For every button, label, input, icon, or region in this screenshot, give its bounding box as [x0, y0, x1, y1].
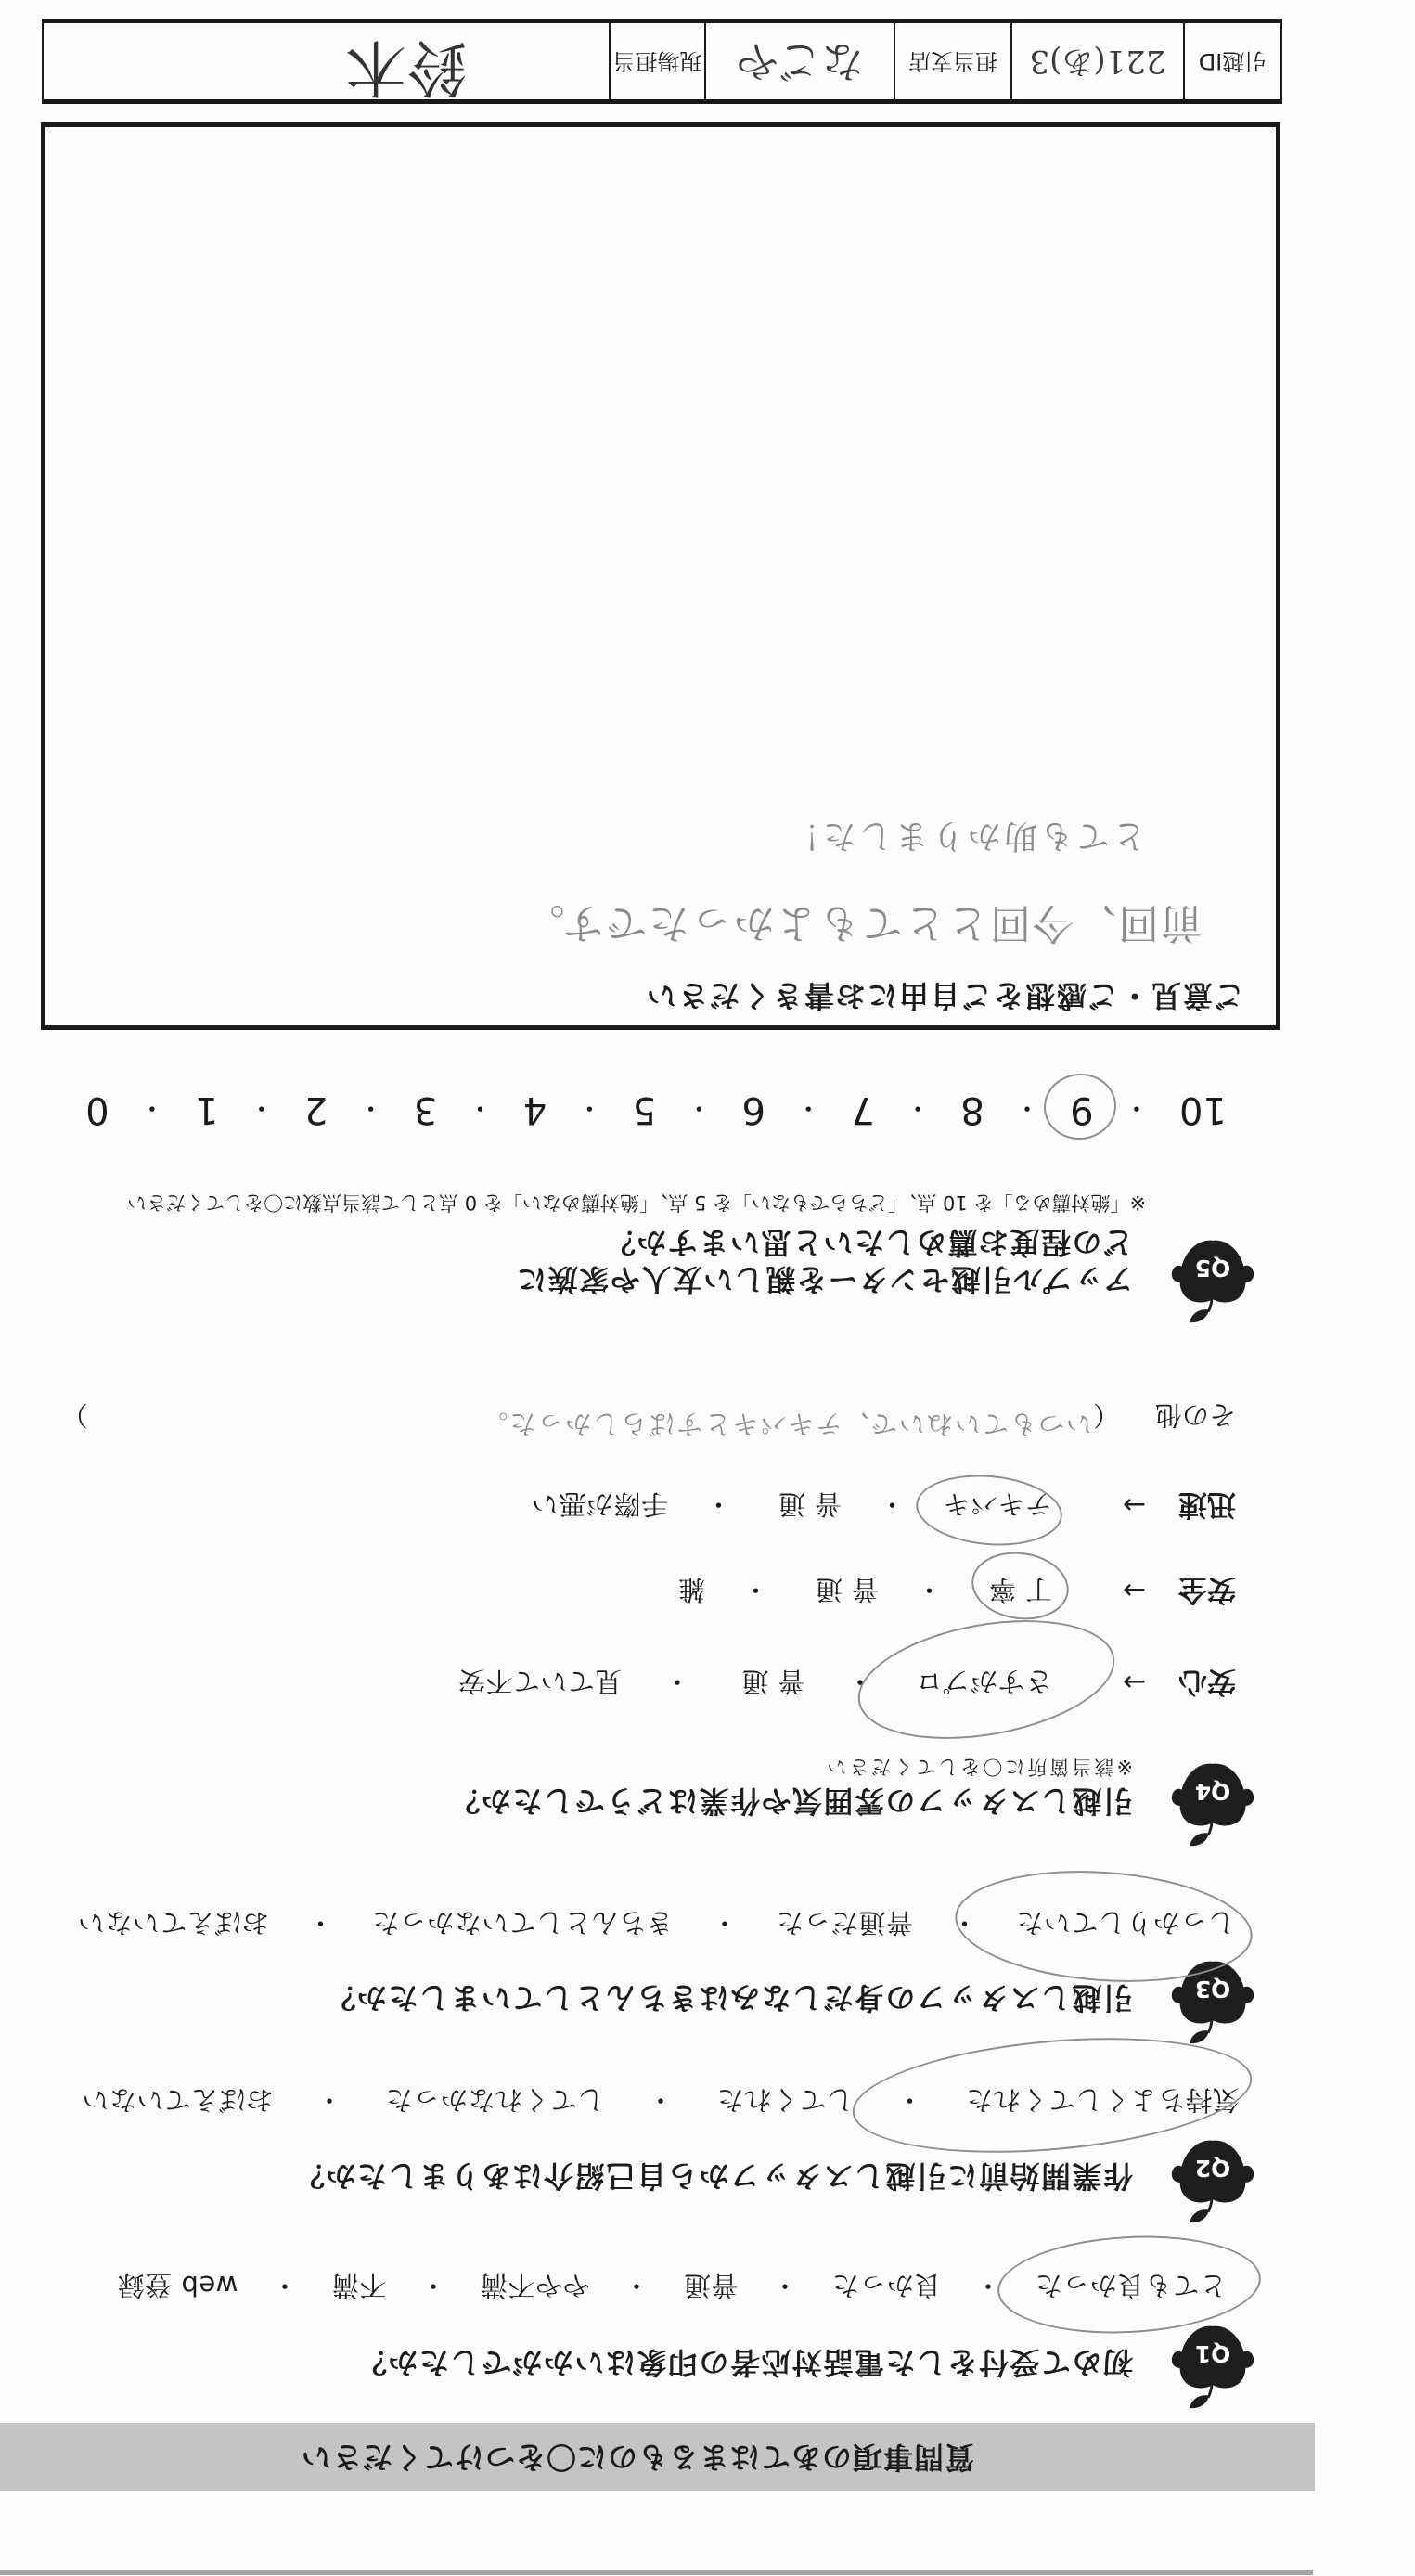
q3-badge-label: Q3 — [1195, 1976, 1231, 2003]
q2-question: 作業開始前に引越しスタッフから自己紹介はありましたか？ — [293, 2159, 1133, 2193]
separator-dot: ・ — [357, 1091, 384, 1129]
separator-dot: ・ — [705, 1488, 732, 1520]
separator-dot: ・ — [623, 2270, 650, 2301]
separator-dot: ・ — [795, 1091, 822, 1129]
comments-title: ご意見・ご感想をご自由にお書きください — [645, 979, 1244, 1012]
separator-dot: ・ — [879, 1488, 906, 1520]
q3-option: おぼえていない — [77, 1907, 269, 1938]
q1-option: やや不満 — [480, 2270, 589, 2301]
q2-option: おぼえていない — [82, 2084, 274, 2116]
q4-option: 普通 — [769, 1488, 842, 1520]
q1-question: 初めて受付をした電話対応者の印象はいかがでしたか？ — [355, 2346, 1133, 2379]
move-id-value-cell: 221(あ)3 — [1012, 23, 1185, 99]
separator-dot: ・ — [271, 2270, 298, 2301]
staff-signature: 鈴木 — [345, 27, 468, 107]
q4-other-close-paren: ） — [61, 1399, 88, 1431]
q1-option: 普通 — [683, 2270, 738, 2301]
q4-row-label-speed: 迅速 — [1178, 1488, 1236, 1520]
separator-dot: ・ — [315, 2084, 342, 2116]
q5-question-line-2: どの程度お薦めしたいと思いますか？ — [604, 1226, 1133, 1259]
branch-handwritten-value: なごや — [736, 35, 864, 87]
separator-dot: ・ — [307, 1907, 334, 1938]
q1-option: web 登録 — [117, 2270, 238, 2301]
score-option: 10 — [1179, 1089, 1227, 1130]
arrow-right-icon: → — [1123, 1488, 1146, 1520]
q2-option: してくれなかった — [385, 2084, 604, 2116]
record-info-table: 引越ID 221(あ)3 担当支店 なごや 現場担当 鈴木 — [42, 19, 1282, 104]
separator-dot: ・ — [419, 2270, 446, 2301]
q4-safety-pencil-circle-mark — [968, 1546, 1074, 1626]
q5-apple-badge-icon: Q5 — [1168, 1238, 1257, 1323]
scanned-survey-sheet: 質問事項のあてはまるものに〇をつけてください Q1 初めて受付をした電話対応者の… — [0, 0, 1415, 2576]
q4-option: 見ていて不安 — [457, 1666, 622, 1697]
separator-dot: ・ — [647, 2084, 674, 2116]
separator-dot: ・ — [905, 1091, 932, 1129]
q4-option: 普通 — [732, 1666, 804, 1697]
q4-speed-pencil-circle-mark — [913, 1469, 1065, 1551]
q5-pencil-circle-mark — [1041, 1070, 1120, 1143]
instruction-band-text: 質問事項のあてはまるものに〇をつけてください — [301, 2440, 974, 2475]
q1-option: 不満 — [331, 2270, 386, 2301]
q4-note: ※該当箇所に〇をしてください — [824, 1756, 1133, 1778]
q4-option: 手際が悪い — [531, 1488, 668, 1520]
staff-signature-cell: 鈴木 — [44, 23, 611, 99]
q4-option: 普通 — [806, 1574, 879, 1605]
q3-option: きちんとしていなかった — [372, 1907, 674, 1938]
score-option: 8 — [960, 1089, 984, 1130]
q4-row-label-relief: 安心 — [1178, 1666, 1236, 1697]
q2-apple-badge-icon: Q2 — [1168, 2138, 1257, 2223]
q3-option: 普通だった — [776, 1907, 913, 1938]
q4-relief-pencil-circle-mark — [849, 1603, 1125, 1758]
branch-label: 担当支店 — [908, 48, 997, 74]
score-option: 3 — [414, 1089, 437, 1130]
comments-handwritten-line-2: とても助かりました！ — [784, 814, 1146, 857]
score-option: 2 — [304, 1089, 328, 1130]
separator-dot: ・ — [742, 1574, 769, 1605]
score-option: 6 — [742, 1089, 765, 1130]
separator-dot: ・ — [1123, 1091, 1150, 1129]
separator-dot: ・ — [248, 1091, 275, 1129]
separator-dot: ・ — [663, 1666, 690, 1697]
move-id-label: 引越ID — [1199, 48, 1267, 74]
q5-badge-label: Q5 — [1195, 1255, 1231, 1282]
separator-dot: ・ — [771, 2270, 798, 2301]
branch-value-cell: なごや — [706, 23, 895, 99]
q4-other-handwritten-answer: いつもていねいで、テキパキとすばらしかった。 — [481, 1405, 1092, 1442]
staff-label-cell: 現場担当 — [611, 23, 706, 99]
q5-question-line-1: アップル引越センターを親しい友人や家族に — [516, 1263, 1133, 1296]
q1-badge-label: Q1 — [1195, 2340, 1231, 2367]
separator-dot: ・ — [686, 1091, 713, 1129]
staff-label: 現場担当 — [613, 48, 702, 74]
separator-dot: ・ — [1013, 1091, 1040, 1129]
separator-dot: ・ — [711, 1907, 738, 1938]
scan-edge-rule — [0, 2570, 1313, 2575]
instruction-band: 質問事項のあてはまるものに〇をつけてください — [0, 2423, 1315, 2491]
q4-badge-label: Q4 — [1195, 1778, 1231, 1805]
move-id-handwritten-value: 221(あ)3 — [1029, 41, 1165, 82]
q4-apple-badge-icon: Q4 — [1168, 1761, 1257, 1847]
score-option: 5 — [633, 1089, 656, 1130]
arrow-right-icon: → — [1123, 1666, 1146, 1697]
branch-label-cell: 担当支店 — [895, 23, 1012, 99]
q4-option: 雑 — [677, 1574, 705, 1605]
q4-other-label: その他 — [1155, 1399, 1236, 1431]
q4-question: 引越しスタッフの雰囲気や作業はどうでしたか？ — [449, 1784, 1133, 1818]
comments-handwritten-line-1: 前回、今回ととてもよかったです。 — [522, 895, 1202, 950]
q3-question: 引越しスタッフの身だしなみはきちんとしていましたか？ — [325, 1981, 1133, 2015]
score-option: 0 — [85, 1089, 109, 1130]
q5-note: ※「絶対薦める」を 10 点、「どちらでもない」を 5 点、「絶対薦めない」を … — [127, 1191, 1146, 1214]
arrow-right-icon: → — [1123, 1574, 1146, 1605]
score-option: 7 — [851, 1089, 874, 1130]
separator-dot: ・ — [467, 1091, 494, 1129]
q2-badge-label: Q2 — [1195, 2155, 1231, 2182]
separator-dot: ・ — [916, 1574, 943, 1605]
score-option: 4 — [523, 1089, 547, 1130]
separator-dot: ・ — [576, 1091, 603, 1129]
q4-other-open-paren: （ — [1093, 1399, 1120, 1431]
separator-dot: ・ — [138, 1091, 165, 1129]
score-option: 1 — [195, 1089, 218, 1130]
q1-apple-badge-icon: Q1 — [1168, 2324, 1257, 2409]
q4-row-label-safety: 安全 — [1178, 1574, 1236, 1605]
move-id-label-cell: 引越ID — [1185, 23, 1280, 99]
q2-option: してくれた — [716, 2084, 854, 2116]
q1-option: 良かった — [831, 2270, 941, 2301]
